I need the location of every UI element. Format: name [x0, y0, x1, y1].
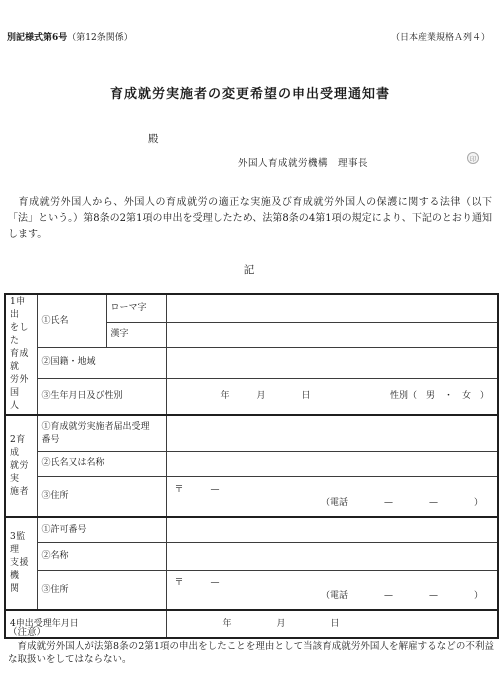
- section3-permit-label: ①許可番号: [37, 517, 166, 542]
- form-code-number: 別記様式第6号: [7, 33, 67, 43]
- section2-regnumber-label: ①育成就労実施者届出受理 番号: [37, 415, 166, 451]
- phone-placeholder: （電話 — — ）: [171, 497, 496, 510]
- field-birthdate-gender[interactable]: 年 月 日 性別（ 男 ・ 女 ）: [166, 378, 498, 415]
- field-org-name[interactable]: [166, 542, 498, 570]
- section1-birth-label: ③生年月日及び性別: [37, 378, 166, 415]
- note-body: 育成就労外国人が法第8条の2第1項の申出をしたことを理由として当該育成就労外国人…: [8, 640, 494, 667]
- address-box: 〒 — （電話 — — ）: [171, 482, 496, 512]
- field-org-permit-number[interactable]: [166, 517, 498, 542]
- table-row: 1申出 をした 育成就 労外国 人 ①氏名 ローマ字: [5, 294, 498, 322]
- birthdate-line: 年 月 日 性別（ 男 ・ 女 ）: [171, 390, 496, 403]
- section2-address-label: ③住所: [37, 476, 166, 517]
- form-code-note: （第12条関係）: [67, 33, 132, 43]
- body-paragraph: 育成就労外国人から、外国人の育成就労の適正な実施及び育成就労外国人の保護に関する…: [8, 195, 492, 243]
- table-row: 2育成 就労実 施者 ①育成就労実施者届出受理 番号: [5, 415, 498, 451]
- seal-mark-icon: 印: [467, 152, 479, 164]
- section3-name-label: ②名称: [37, 542, 166, 570]
- postal-code-placeholder: 〒 —: [171, 484, 496, 497]
- section1-romaji-label: ローマ字: [106, 294, 166, 322]
- form-code: 別記様式第6号（第12条関係）: [7, 30, 133, 43]
- field-org-address[interactable]: 〒 — （電話 — — ）: [166, 570, 498, 610]
- paper-size-note: （日本産業規格Ａ列４）: [391, 30, 490, 43]
- form-page: 別記様式第6号（第12条関係） （日本産業規格Ａ列４） 育成就労実施者の変更希望…: [0, 0, 500, 698]
- table-row: ②国籍・地域: [5, 348, 498, 378]
- field-name-romaji[interactable]: [166, 294, 498, 322]
- table-row: ②名称: [5, 542, 498, 570]
- table-row: 3監理 支援機 関 ①許可番号: [5, 517, 498, 542]
- table-row: ②氏名又は名称: [5, 451, 498, 476]
- address-box: 〒 — （電話 — — ）: [171, 575, 496, 605]
- note-title: （注意）: [8, 626, 494, 640]
- field-implementer-address[interactable]: 〒 — （電話 — — ）: [166, 476, 498, 517]
- form-table: 1申出 をした 育成就 労外国 人 ①氏名 ローマ字 漢字 ②国籍・地域 ③生年…: [4, 293, 499, 639]
- gender-choice: 性別（ 男 ・ 女 ）: [390, 390, 489, 403]
- section1-nationality-label: ②国籍・地域: [37, 348, 166, 378]
- field-nationality[interactable]: [166, 348, 498, 378]
- table-row: ③生年月日及び性別 年 月 日 性別（ 男 ・ 女 ）: [5, 378, 498, 415]
- table-row: ③住所 〒 — （電話 — — ）: [5, 570, 498, 610]
- note-block: （注意） 育成就労外国人が法第8条の2第1項の申出をしたことを理由として当該育成…: [8, 626, 494, 667]
- field-name-kanji[interactable]: [166, 322, 498, 348]
- recipient-honorific: 殿: [148, 131, 159, 146]
- birthdate-placeholders: 年 月 日: [171, 390, 311, 403]
- section2-name-label: ②氏名又は名称: [37, 451, 166, 476]
- field-implementer-regnumber[interactable]: [166, 415, 498, 451]
- section2-group-label: 2育成 就労実 施者: [5, 415, 37, 517]
- section1-group-label: 1申出 をした 育成就 労外国 人: [5, 294, 37, 415]
- document-title: 育成就労実施者の変更希望の申出受理通知書: [0, 83, 500, 102]
- record-heading: 記: [0, 262, 500, 277]
- section3-address-label: ③住所: [37, 570, 166, 610]
- field-implementer-name[interactable]: [166, 451, 498, 476]
- table-row: ③住所 〒 — （電話 — — ）: [5, 476, 498, 517]
- section3-group-label: 3監理 支援機 関: [5, 517, 37, 610]
- issuer-name: 外国人育成就労機構 理事長: [238, 155, 368, 169]
- section1-kanji-label: 漢字: [106, 322, 166, 348]
- section1-name-label: ①氏名: [37, 294, 106, 348]
- postal-code-placeholder: 〒 —: [171, 577, 496, 590]
- phone-placeholder: （電話 — — ）: [171, 590, 496, 603]
